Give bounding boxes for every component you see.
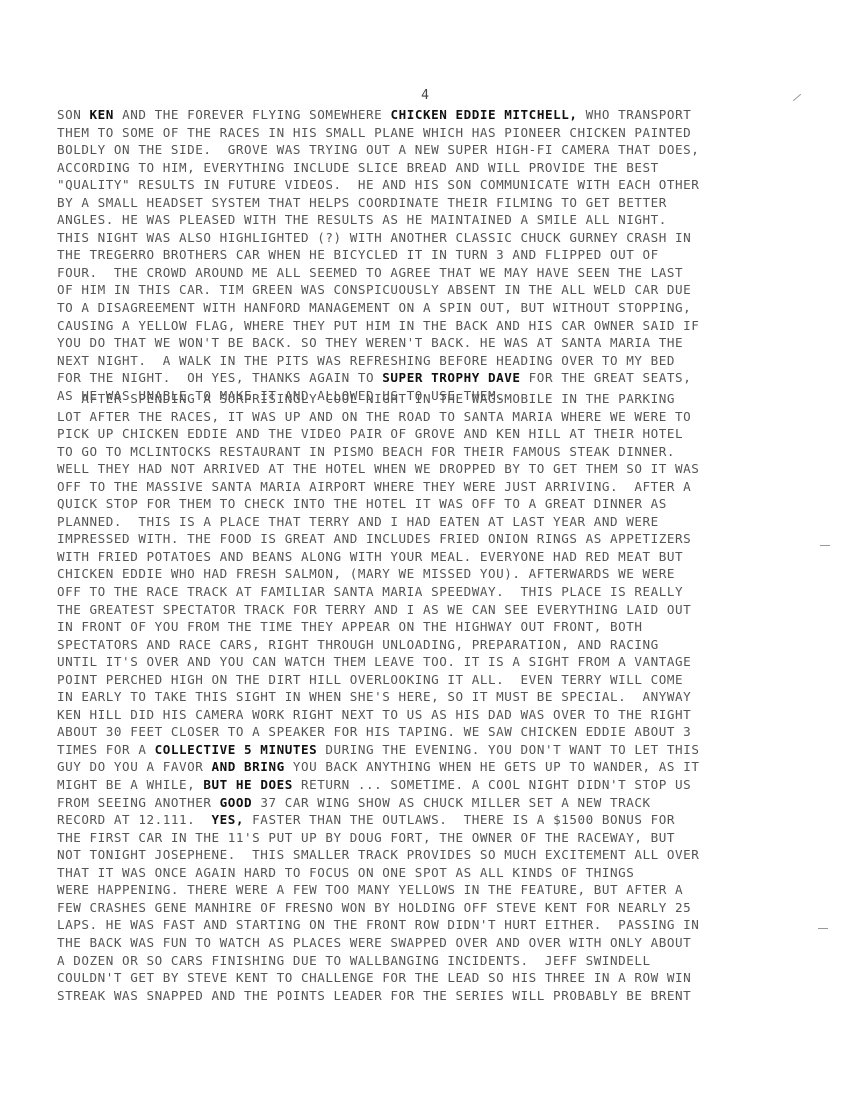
text-line: FOUR. THE CROWD AROUND ME ALL SEEMED TO … <box>57 264 827 282</box>
text-run: THE TREGERRO BROTHERS CAR WHEN HE BICYCL… <box>57 247 659 262</box>
emphasized-text: GOOD <box>220 795 253 810</box>
text-run: PICK UP CHICKEN EDDIE AND THE VIDEO PAIR… <box>57 426 683 441</box>
text-run: FASTER THAN THE OUTLAWS. THERE IS A $150… <box>244 812 675 827</box>
text-line: MIGHT BE A WHILE, BUT HE DOES RETURN ...… <box>57 776 827 794</box>
text-run: FOR THE NIGHT. OH YES, THANKS AGAIN TO <box>57 370 382 385</box>
text-run: TIMES FOR A <box>57 742 155 757</box>
margin-mark <box>820 545 830 546</box>
text-run: TO GO TO MCLINTOCKS RESTAURANT IN PISMO … <box>57 444 675 459</box>
paragraph-1: SON KEN AND THE FOREVER FLYING SOMEWHERE… <box>57 106 827 404</box>
text-line: THE FIRST CAR IN THE 11'S PUT UP BY DOUG… <box>57 829 827 847</box>
text-line: ANGLES. HE WAS PLEASED WITH THE RESULTS … <box>57 211 827 229</box>
text-line: LOT AFTER THE RACES, IT WAS UP AND ON TH… <box>57 408 827 426</box>
text-line: COULDN'T GET BY STEVE KENT TO CHALLENGE … <box>57 969 827 987</box>
text-run: THE FIRST CAR IN THE 11'S PUT UP BY DOUG… <box>57 830 675 845</box>
text-line: PLANNED. THIS IS A PLACE THAT TERRY AND … <box>57 513 827 531</box>
text-line: SPECTATORS AND RACE CARS, RIGHT THROUGH … <box>57 636 827 654</box>
text-line: SON KEN AND THE FOREVER FLYING SOMEWHERE… <box>57 106 827 124</box>
text-line: OFF TO THE RACE TRACK AT FAMILIAR SANTA … <box>57 583 827 601</box>
text-line: THIS NIGHT WAS ALSO HIGHLIGHTED (?) WITH… <box>57 229 827 247</box>
text-line: QUICK STOP FOR THEM TO CHECK INTO THE HO… <box>57 495 827 513</box>
text-run: YOU BACK ANYTHING WHEN HE GETS UP TO WAN… <box>285 759 700 774</box>
text-run: IN EARLY TO TAKE THIS SIGHT IN WHEN SHE'… <box>57 689 691 704</box>
text-run: OFF TO THE RACE TRACK AT FAMILIAR SANTA … <box>57 584 683 599</box>
emphasized-text: YES, <box>212 812 245 827</box>
text-line: FOR THE NIGHT. OH YES, THANKS AGAIN TO S… <box>57 369 827 387</box>
text-run: UNTIL IT'S OVER AND YOU CAN WATCH THEM L… <box>57 654 691 669</box>
text-run: NOT TONIGHT JOSEPHENE. THIS SMALLER TRAC… <box>57 847 699 862</box>
text-line: TO GO TO MCLINTOCKS RESTAURANT IN PISMO … <box>57 443 827 461</box>
text-line: LAPS. HE WAS FAST AND STARTING ON THE FR… <box>57 916 827 934</box>
text-run: SPECTATORS AND RACE CARS, RIGHT THROUGH … <box>57 637 659 652</box>
text-line: RECORD AT 12.111. YES, FASTER THAN THE O… <box>57 811 827 829</box>
text-line: PICK UP CHICKEN EDDIE AND THE VIDEO PAIR… <box>57 425 827 443</box>
text-line: BOLDLY ON THE SIDE. GROVE WAS TRYING OUT… <box>57 141 827 159</box>
text-line: OFF TO THE MASSIVE SANTA MARIA AIRPORT W… <box>57 478 827 496</box>
text-run: A DOZEN OR SO CARS FINISHING DUE TO WALL… <box>57 953 651 968</box>
text-line: IN FRONT OF YOU FROM THE TIME THEY APPEA… <box>57 618 827 636</box>
text-run: WHO TRANSPORT <box>577 107 691 122</box>
text-run: ABOUT 30 FEET CLOSER TO A SPEAKER FOR HI… <box>57 724 691 739</box>
text-run: YOU DO THAT WE WON'T BE BACK. SO THEY WE… <box>57 335 683 350</box>
text-run: PLANNED. THIS IS A PLACE THAT TERRY AND … <box>57 514 659 529</box>
text-line: THAT IT WAS ONCE AGAIN HARD TO FOCUS ON … <box>57 864 827 882</box>
paragraph-2: AFTER SPENDING A SURPRISINGLY COOL NIGHT… <box>57 390 827 1004</box>
text-run: STREAK WAS SNAPPED AND THE POINTS LEADER… <box>57 988 691 1003</box>
text-run: WERE HAPPENING. THERE WERE A FEW TOO MAN… <box>57 882 683 897</box>
text-run: THEM TO SOME OF THE RACES IN HIS SMALL P… <box>57 125 691 140</box>
text-run: 37 CAR WING SHOW AS CHUCK MILLER SET A N… <box>252 795 650 810</box>
text-run: TO A DISAGREEMENT WITH HANFORD MANAGEMEN… <box>57 300 691 315</box>
text-run: OFF TO THE MASSIVE SANTA MARIA AIRPORT W… <box>57 479 691 494</box>
margin-mark <box>818 928 828 929</box>
text-run: RETURN ... SOMETIME. A COOL NIGHT DIDN'T… <box>293 777 691 792</box>
text-line: UNTIL IT'S OVER AND YOU CAN WATCH THEM L… <box>57 653 827 671</box>
text-line: CHICKEN EDDIE WHO HAD FRESH SALMON, (MAR… <box>57 565 827 583</box>
text-run: FEW CRASHES GENE MANHIRE OF FRESNO WON B… <box>57 900 691 915</box>
text-run: FOUR. THE CROWD AROUND ME ALL SEEMED TO … <box>57 265 683 280</box>
text-run: ANGLES. HE WAS PLEASED WITH THE RESULTS … <box>57 212 667 227</box>
text-line: THE BACK WAS FUN TO WATCH AS PLACES WERE… <box>57 934 827 952</box>
text-run: THE BACK WAS FUN TO WATCH AS PLACES WERE… <box>57 935 691 950</box>
emphasized-text: BUT HE DOES <box>203 777 292 792</box>
text-run: LAPS. HE WAS FAST AND STARTING ON THE FR… <box>57 917 699 932</box>
text-line: A DOZEN OR SO CARS FINISHING DUE TO WALL… <box>57 952 827 970</box>
text-run: NEXT NIGHT. A WALK IN THE PITS WAS REFRE… <box>57 353 675 368</box>
text-line: THEM TO SOME OF THE RACES IN HIS SMALL P… <box>57 124 827 142</box>
text-line: GUY DO YOU A FAVOR AND BRING YOU BACK AN… <box>57 758 827 776</box>
text-line: WELL THEY HAD NOT ARRIVED AT THE HOTEL W… <box>57 460 827 478</box>
text-line: BY A SMALL HEADSET SYSTEM THAT HELPS COO… <box>57 194 827 212</box>
text-line: IMPRESSED WITH. THE FOOD IS GREAT AND IN… <box>57 530 827 548</box>
text-line: OF HIM IN THIS CAR. TIM GREEN WAS CONSPI… <box>57 281 827 299</box>
text-run: FOR THE GREAT SEATS, <box>521 370 692 385</box>
text-run: KEN HILL DID HIS CAMERA WORK RIGHT NEXT … <box>57 707 691 722</box>
text-line: WERE HAPPENING. THERE WERE A FEW TOO MAN… <box>57 881 827 899</box>
text-run: MIGHT BE A WHILE, <box>57 777 203 792</box>
text-run: SON <box>57 107 90 122</box>
text-line: THE GREATEST SPECTATOR TRACK FOR TERRY A… <box>57 601 827 619</box>
text-run: OF HIM IN THIS CAR. TIM GREEN WAS CONSPI… <box>57 282 691 297</box>
emphasized-text: SUPER TROPHY DAVE <box>382 370 520 385</box>
text-run: GUY DO YOU A FAVOR <box>57 759 212 774</box>
text-run: THE GREATEST SPECTATOR TRACK FOR TERRY A… <box>57 602 691 617</box>
emphasized-text: KEN <box>90 107 114 122</box>
text-run: LOT AFTER THE RACES, IT WAS UP AND ON TH… <box>57 409 691 424</box>
emphasized-text: CHICKEN EDDIE MITCHELL, <box>390 107 577 122</box>
text-run: POINT PERCHED HIGH ON THE DIRT HILL OVER… <box>57 672 683 687</box>
text-run: "QUALITY" RESULTS IN FUTURE VIDEOS. HE A… <box>57 177 699 192</box>
text-line: NOT TONIGHT JOSEPHENE. THIS SMALLER TRAC… <box>57 846 827 864</box>
text-run: WELL THEY HAD NOT ARRIVED AT THE HOTEL W… <box>57 461 699 476</box>
text-run: AND THE FOREVER FLYING SOMEWHERE <box>114 107 391 122</box>
text-line: NEXT NIGHT. A WALK IN THE PITS WAS REFRE… <box>57 352 827 370</box>
text-line: "QUALITY" RESULTS IN FUTURE VIDEOS. HE A… <box>57 176 827 194</box>
text-run: IMPRESSED WITH. THE FOOD IS GREAT AND IN… <box>57 531 691 546</box>
emphasized-text: COLLECTIVE 5 MINUTES <box>155 742 318 757</box>
text-run: CHICKEN EDDIE WHO HAD FRESH SALMON, (MAR… <box>57 566 675 581</box>
emphasized-text: AND BRING <box>212 759 285 774</box>
text-line: STREAK WAS SNAPPED AND THE POINTS LEADER… <box>57 987 827 1005</box>
text-run: WITH FRIED POTATOES AND BEANS ALONG WITH… <box>57 549 683 564</box>
text-line: YOU DO THAT WE WON'T BE BACK. SO THEY WE… <box>57 334 827 352</box>
text-run: QUICK STOP FOR THEM TO CHECK INTO THE HO… <box>57 496 667 511</box>
text-line: FROM SEEING ANOTHER GOOD 37 CAR WING SHO… <box>57 794 827 812</box>
text-line: FEW CRASHES GENE MANHIRE OF FRESNO WON B… <box>57 899 827 917</box>
text-run: CAUSING A YELLOW FLAG, WHERE THEY PUT HI… <box>57 318 699 333</box>
text-line: CAUSING A YELLOW FLAG, WHERE THEY PUT HI… <box>57 317 827 335</box>
text-run: IN FRONT OF YOU FROM THE TIME THEY APPEA… <box>57 619 643 634</box>
page-number: 4 <box>0 88 850 103</box>
text-line: WITH FRIED POTATOES AND BEANS ALONG WITH… <box>57 548 827 566</box>
text-run: ACCORDING TO HIM, EVERYTHING INCLUDE SLI… <box>57 160 659 175</box>
text-run: RECORD AT 12.111. <box>57 812 212 827</box>
text-run: DURING THE EVENING. YOU DON'T WANT TO LE… <box>317 742 699 757</box>
text-run: COULDN'T GET BY STEVE KENT TO CHALLENGE … <box>57 970 691 985</box>
text-line: TIMES FOR A COLLECTIVE 5 MINUTES DURING … <box>57 741 827 759</box>
text-line: THE TREGERRO BROTHERS CAR WHEN HE BICYCL… <box>57 246 827 264</box>
text-line: ABOUT 30 FEET CLOSER TO A SPEAKER FOR HI… <box>57 723 827 741</box>
text-run: BOLDLY ON THE SIDE. GROVE WAS TRYING OUT… <box>57 142 699 157</box>
text-run: THAT IT WAS ONCE AGAIN HARD TO FOCUS ON … <box>57 865 634 880</box>
text-line: ACCORDING TO HIM, EVERYTHING INCLUDE SLI… <box>57 159 827 177</box>
text-run: BY A SMALL HEADSET SYSTEM THAT HELPS COO… <box>57 195 667 210</box>
text-run: THIS NIGHT WAS ALSO HIGHLIGHTED (?) WITH… <box>57 230 691 245</box>
text-line: TO A DISAGREEMENT WITH HANFORD MANAGEMEN… <box>57 299 827 317</box>
text-line: IN EARLY TO TAKE THIS SIGHT IN WHEN SHE'… <box>57 688 827 706</box>
text-line: POINT PERCHED HIGH ON THE DIRT HILL OVER… <box>57 671 827 689</box>
text-run: AFTER SPENDING A SURPRISINGLY COOL NIGHT… <box>57 391 675 406</box>
text-line: KEN HILL DID HIS CAMERA WORK RIGHT NEXT … <box>57 706 827 724</box>
text-run: FROM SEEING ANOTHER <box>57 795 220 810</box>
text-line: AFTER SPENDING A SURPRISINGLY COOL NIGHT… <box>57 390 827 408</box>
